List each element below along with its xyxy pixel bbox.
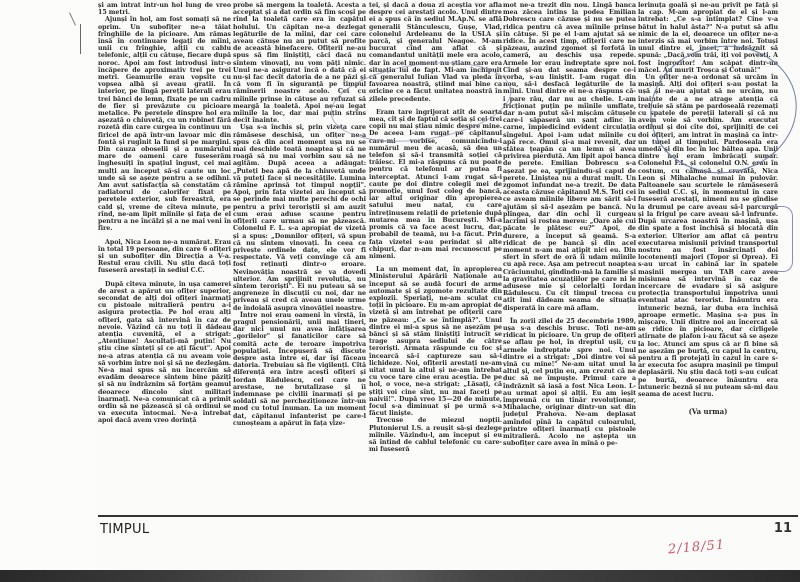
paragraph: tei, și dacă a doua zi aceștia vor afla …: [369, 2, 502, 103]
article-column-4: mot ne-a trezit din nou. Lîngă banca mea…: [503, 2, 636, 514]
paragraph: mot ne-a trezit din nou. Lîngă banca mea…: [503, 2, 636, 312]
continuation-note: (Va urma): [638, 408, 778, 415]
scanner-edge: [0, 570, 800, 582]
paragraph: Trecuse de miezul nopții. Plutonierul I.…: [369, 417, 502, 453]
article-column-5: lerinuța goală și ne-au privit pe față ș…: [638, 2, 778, 514]
newspaper-masthead: TIMPUL: [100, 522, 149, 537]
paragraph: Ajunși în hol, am fost somați să ne opri…: [98, 16, 231, 232]
paragraph: și am intrat într-un hol lung de vreo 15…: [98, 2, 231, 16]
scan-speck: [80, 24, 81, 54]
paragraph: probe să mergem la toaletă. Acesta a acc…: [233, 2, 366, 124]
scan-speck: [69, 12, 76, 25]
paragraph: Apoi, Nica Leon ne-a numărat. Erau în to…: [98, 239, 231, 275]
scan-margin-left: [0, 0, 96, 570]
newspaper-page: și am intrat într-un hol lung de vreo 15…: [96, 0, 800, 570]
article-columns: și am intrat într-un hol lung de vreo 15…: [96, 2, 800, 514]
page-number: 11: [774, 521, 792, 536]
paragraph: Un ofițer ne-a ordonat să urcăm în mașin…: [638, 74, 778, 398]
paragraph: Ușa s-a închis și, prin vizeta care rămă…: [233, 124, 366, 311]
paragraph: Eram tare îngrijorat atît de soarta mea,…: [369, 109, 502, 260]
paragraph: lerinuța goală și ne-au privit pe față ș…: [638, 2, 778, 74]
paragraph: Între noi erau oameni în vîrstă, în prag…: [233, 312, 366, 427]
footer-rule: [98, 515, 798, 517]
article-column-1: și am intrat într-un hol lung de vreo 15…: [98, 2, 231, 514]
paragraph: La un moment dat, în apropierea Minister…: [369, 266, 502, 417]
article-column-3: tei, și dacă a doua zi aceștia vor afla …: [369, 2, 502, 514]
paragraph: În zorii zilei de 25 decembrie 1989, ușa…: [503, 318, 636, 448]
article-column-2: probe să mergem la toaletă. Acesta a acc…: [233, 2, 366, 514]
paragraph: După cîteva minute, în ușa camerei de ar…: [98, 281, 231, 425]
